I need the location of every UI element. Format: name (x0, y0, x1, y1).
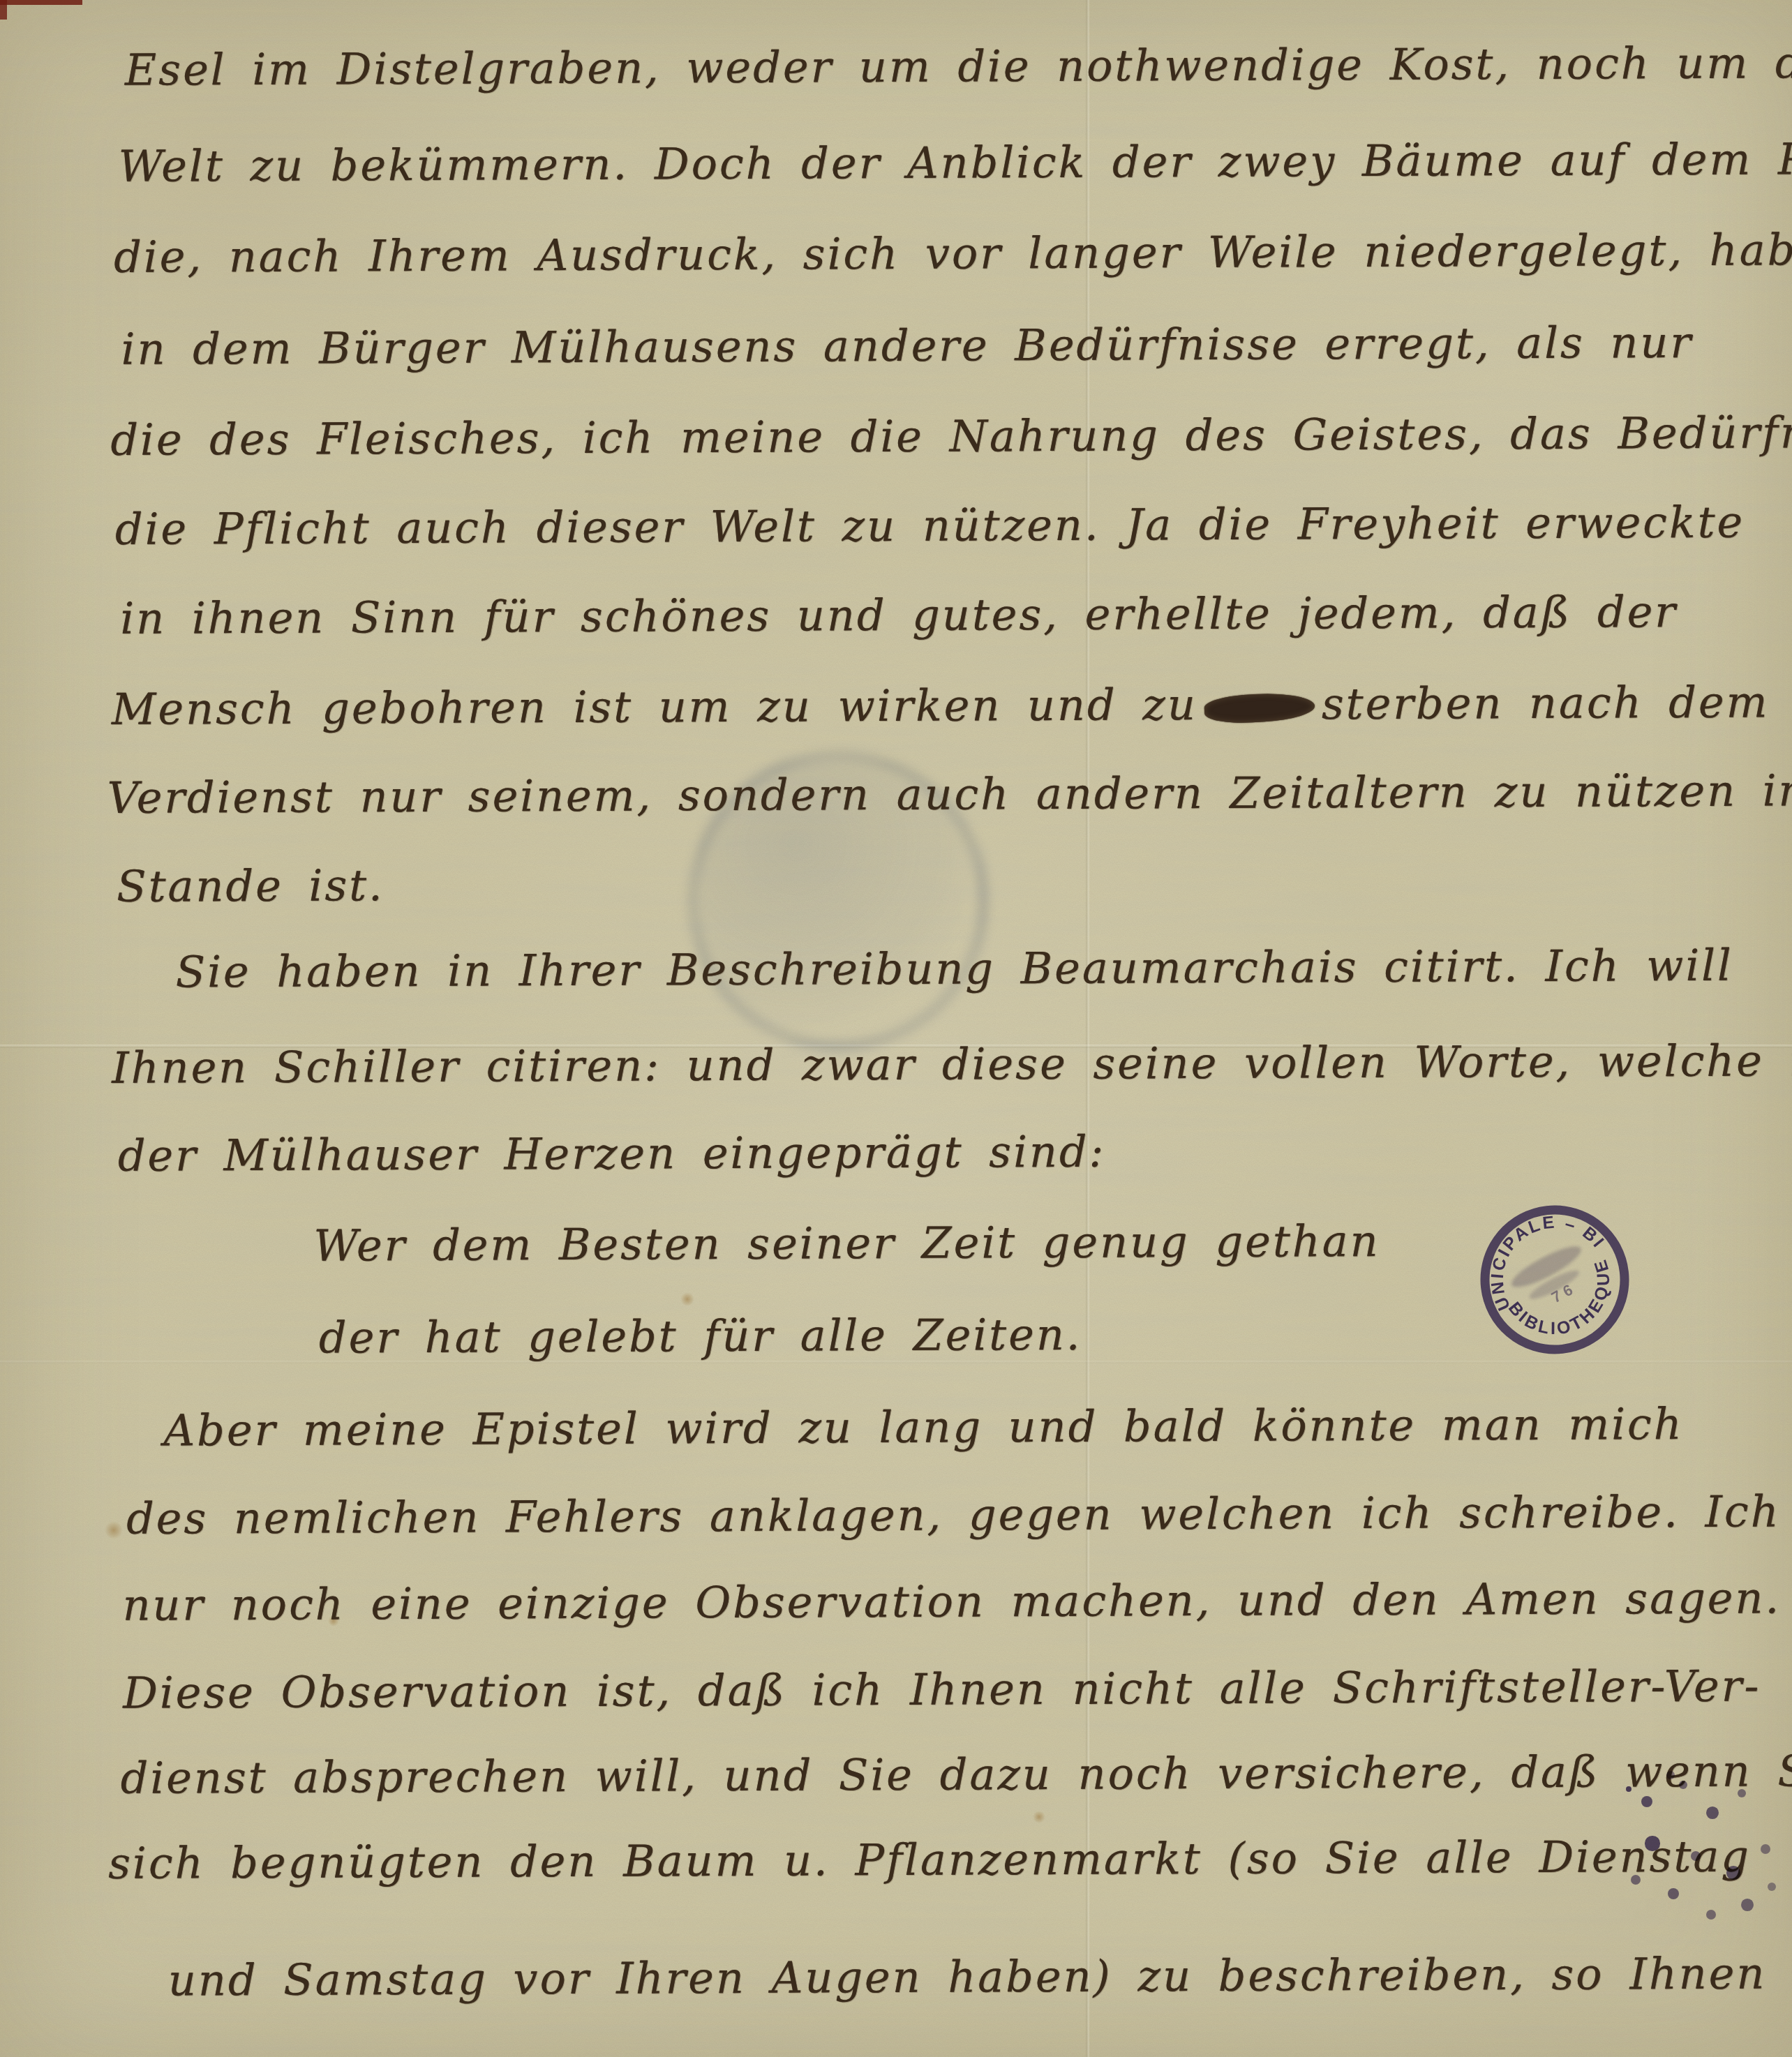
handwriting-line: Esel im Distelgraben, weder um die nothw… (125, 39, 1792, 94)
handwriting-line: dienst absprechen will, und Sie dazu noc… (121, 1747, 1792, 1802)
library-stamp: MUNICIPALE – BIEL BIBLIOTHEQUE 7 6 (1470, 1195, 1640, 1365)
handwriting-line: der Mülhauser Herzen eingeprägt sind: (118, 1128, 1106, 1180)
handwriting-line-quote: Wer dem Besten seiner Zeit genug gethan (313, 1218, 1380, 1270)
manuscript-page: Esel im Distelgraben, weder um die nothw… (0, 0, 1792, 2057)
handwriting-line: Diese Observation ist, daß ich Ihnen nic… (123, 1663, 1761, 1717)
letter-text: Esel im Distelgraben, weder um die nothw… (0, 0, 1792, 2057)
handwriting-line: sich begnügten den Baum u. Pflanzenmarkt… (108, 1833, 1751, 1887)
crossed-out-word (1204, 691, 1315, 725)
handwriting-line: in dem Bürger Mülhausens andere Bedürfni… (121, 319, 1694, 373)
handwriting-line: die, nach Ihrem Ausdruck, sich vor lange… (114, 226, 1792, 281)
handwriting-line: Verdienst nur seinem, sondern auch ander… (107, 767, 1792, 822)
line-text: Mensch gebohren ist um zu wirken und zu (112, 679, 1197, 735)
ink-splatter (1626, 1786, 1632, 1792)
handwriting-line: die des Fleisches, ich meine die Nahrung… (110, 409, 1792, 464)
handwriting-line: Welt zu bekümmern. Doch der Anblick der … (118, 135, 1792, 190)
handwriting-line: in ihnen Sinn für schönes und gutes, erh… (120, 588, 1678, 643)
handwriting-line-quote: der hat gelebt für alle Zeiten. (319, 1311, 1082, 1362)
handwriting-line: die Pflicht auch dieser Welt zu nützen. … (115, 499, 1745, 553)
handwriting-line: nur noch eine einzige Observation machen… (122, 1574, 1781, 1629)
handwriting-line: und Samstag vor Ihren Augen haben) zu be… (168, 1950, 1767, 2005)
handwriting-line: Stande ist. (117, 862, 384, 911)
line-text: sterben nach dem (1322, 677, 1770, 730)
handwriting-line: Mensch gebohren ist um zu wirken und zus… (112, 679, 1770, 734)
handwriting-line: Ihnen Schiller citiren: und zwar diese s… (112, 1037, 1792, 1092)
handwriting-line: Sie haben in Ihrer Beschreibung Beaumarc… (175, 942, 1733, 996)
handwriting-line: Aber meine Epistel wird zu lang und bald… (163, 1400, 1683, 1455)
handwriting-line: des nemlichen Fehlers anklagen, gegen we… (126, 1487, 1792, 1543)
